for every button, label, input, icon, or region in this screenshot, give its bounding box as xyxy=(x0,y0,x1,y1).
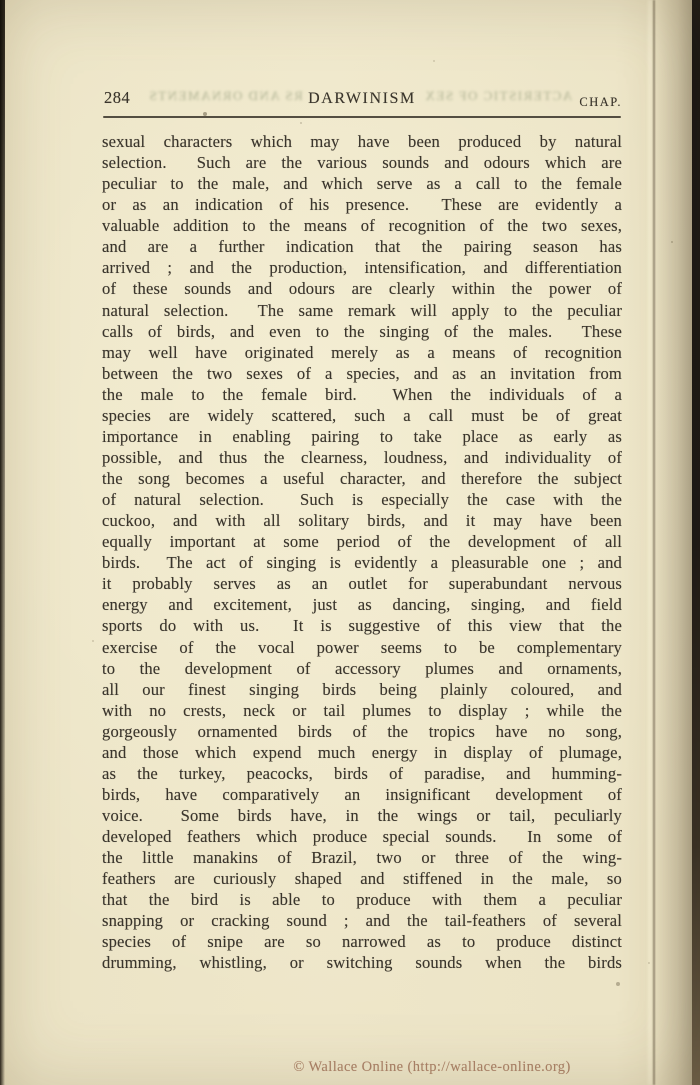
text-line: species of snipe are so narrowed as to p… xyxy=(102,931,622,952)
text-line: sports do with us. It is suggestive of t… xyxy=(102,615,622,636)
text-line: birds, have comparatively an insignifica… xyxy=(102,784,622,805)
text-line: to the development of accessory plumes a… xyxy=(102,658,622,679)
text-line: feathers are curiously shaped and stiffe… xyxy=(102,868,622,889)
text-line: birds. The act of singing is evidently a… xyxy=(102,552,622,573)
page-number: 284 xyxy=(104,88,130,108)
text-line: energy and excitement, just as dancing, … xyxy=(102,594,622,615)
text-line: gorgeously ornamented birds of the tropi… xyxy=(102,721,622,742)
text-line: with no crests, neck or tail plumes to d… xyxy=(102,700,622,721)
text-line: and those which expend much energy in di… xyxy=(102,742,622,763)
text-line: that the bird is able to produce with th… xyxy=(102,889,622,910)
text-line: the little manakins of Brazil, two or th… xyxy=(102,847,622,868)
page-crease-highlight xyxy=(648,0,652,1085)
running-head-title: DARWINISM xyxy=(308,90,416,108)
text-line: developed feathers which produce special… xyxy=(102,826,622,847)
text-line: peculiar to the male, and which serve as… xyxy=(102,173,622,194)
header-rule xyxy=(103,116,621,118)
text-line: possible, and thus the clearness, loudne… xyxy=(102,447,622,468)
text-line: may well have originated merely as a mea… xyxy=(102,342,622,363)
text-line: snapping or cracking sound ; and the tai… xyxy=(102,910,622,931)
text-line: between the two sexes of a species, and … xyxy=(102,363,622,384)
show-through-fragment: RS AND ORNAMENTS xyxy=(148,88,303,104)
text-line: species are widely scattered, such a cal… xyxy=(102,405,622,426)
scan-edge-right xyxy=(692,0,700,1085)
footer-credit: © Wallace Online (http://wallace-online.… xyxy=(293,1059,570,1076)
text-line: the male to the female bird. When the in… xyxy=(102,384,622,405)
text-line: as the turkey, peacocks, birds of paradi… xyxy=(102,763,622,784)
text-line: it probably serves as an outlet for supe… xyxy=(102,573,622,594)
text-line: of natural selection. Such is especially… xyxy=(102,489,622,510)
text-line: of these sounds and odours are clearly w… xyxy=(102,278,622,299)
text-line: valuable addition to the means of recogn… xyxy=(102,215,622,236)
scan-edge-left xyxy=(0,0,5,1085)
scanned-book-page: RS AND ORNAMENTS ACTERISTIC OF SEX 284 D… xyxy=(0,0,700,1085)
text-line: or as an indication of his presence. The… xyxy=(102,194,622,215)
text-line: natural selection. The same remark will … xyxy=(102,300,622,321)
text-line: voice. Some birds have, in the wings or … xyxy=(102,805,622,826)
right-gutter-shadow xyxy=(656,0,692,1085)
text-line: drumming, whistling, or switching sounds… xyxy=(102,952,622,973)
text-line: arrived ; and the production, intensific… xyxy=(102,257,622,278)
body-text: sexual characters which may have been pr… xyxy=(102,131,622,974)
show-through-fragment: ACTERISTIC OF SEX xyxy=(424,88,572,104)
text-line: cuckoo, and with all solitary birds, and… xyxy=(102,510,622,531)
text-line: selection. Such are the various sounds a… xyxy=(102,152,622,173)
text-line: exercise of the vocal power seems to be … xyxy=(102,637,622,658)
page-crease xyxy=(653,0,655,1085)
text-line: importance in enabling pairing to take p… xyxy=(102,426,622,447)
text-line: equally important at some period of the … xyxy=(102,531,622,552)
text-line: calls of birds, and even to the singing … xyxy=(102,321,622,342)
text-line: sexual characters which may have been pr… xyxy=(102,131,622,152)
text-line: all our finest singing birds being plain… xyxy=(102,679,622,700)
running-head-chapter: CHAP. xyxy=(579,95,622,110)
text-line: the song becomes a useful character, and… xyxy=(102,468,622,489)
text-line: and are a further indication that the pa… xyxy=(102,236,622,257)
